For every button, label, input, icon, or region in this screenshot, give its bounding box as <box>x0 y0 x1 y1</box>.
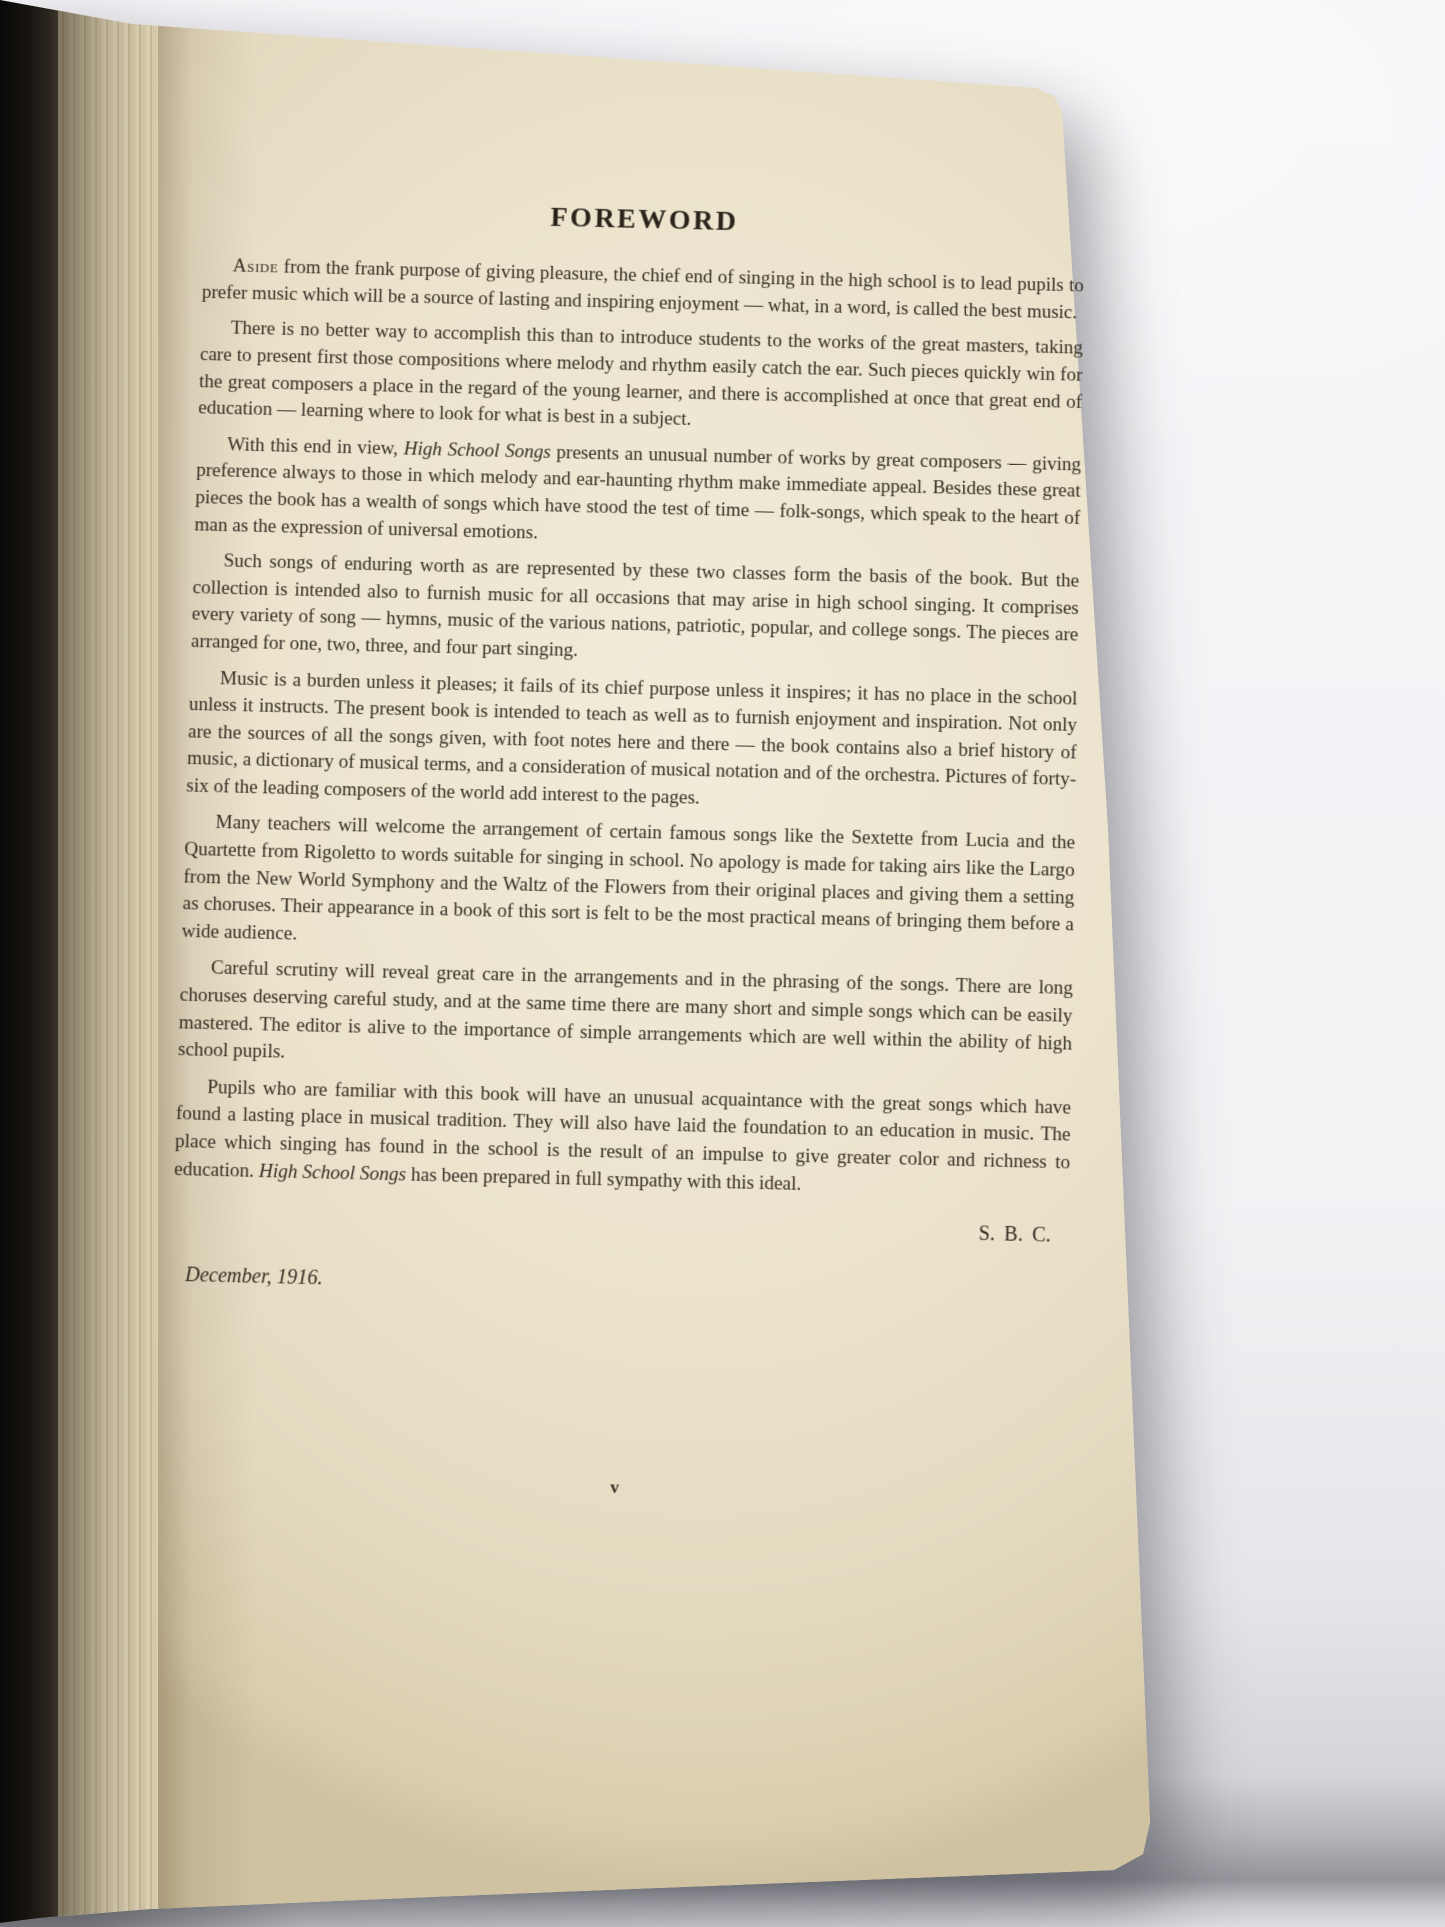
paragraph-3: With this end in view, High School Songs… <box>194 431 1081 559</box>
foreword-paragraphs: Aside from the frank purpose of giving p… <box>174 253 1084 1205</box>
book-spine <box>0 0 66 1927</box>
paragraph-6: Many teachers will welcome the arrangeme… <box>181 809 1075 966</box>
paragraph-2: There is no better way to accomplish thi… <box>198 315 1083 443</box>
paragraph-4: Such songs of enduring worth as are repr… <box>190 548 1079 677</box>
signature-initials: S. B. C. <box>172 1200 1069 1251</box>
paragraph-5: Music is a burden unless it pleases; it … <box>186 665 1078 822</box>
photo-of-book: FOREWORD Aside from the frank purpose of… <box>0 0 1445 1927</box>
paragraph-1: Aside from the frank purpose of giving p… <box>202 253 1084 327</box>
dateline: December, 1916. <box>185 1261 1069 1311</box>
page-edges <box>58 0 170 1927</box>
open-book: FOREWORD Aside from the frank purpose of… <box>0 0 1445 1927</box>
page-content: FOREWORD Aside from the frank purpose of… <box>164 190 1085 1511</box>
paragraph-7: Careful scrutiny will reveal great care … <box>178 955 1074 1086</box>
paragraph-8: Pupils who are familiar with this book w… <box>174 1073 1072 1204</box>
